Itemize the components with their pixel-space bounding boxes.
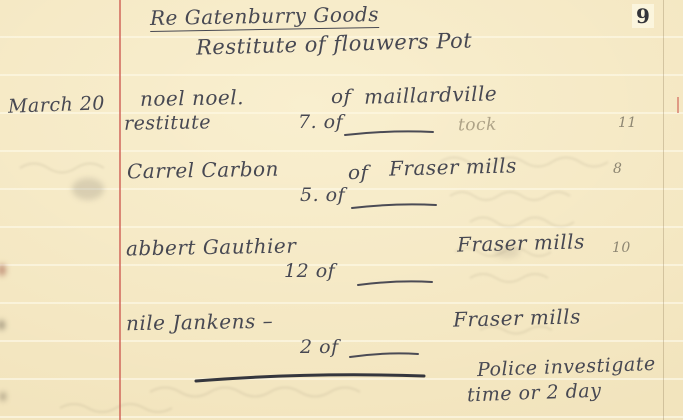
entry-ref: 8 [613, 161, 622, 177]
footer-note-line2: time or 2 day [467, 380, 602, 407]
edge-speck [0, 264, 6, 276]
pencil-smudge [494, 246, 520, 258]
entry-sub-label: restitute [124, 111, 211, 135]
red-margin-line [119, 0, 121, 420]
entry-place: Fraser mills [389, 153, 517, 180]
footer-note-line1: Police investigate [477, 353, 656, 381]
entry-amount: 5. of [300, 184, 345, 206]
red-edge-tick [677, 97, 679, 113]
ink-smudge [72, 178, 104, 200]
right-edge-line [663, 0, 664, 420]
entry-name: abbert Gauthier [126, 234, 297, 261]
entry-ref: 10 [612, 240, 631, 256]
edge-speck [0, 320, 5, 330]
case-subtitle: Restitute of flouwers Pot [196, 28, 473, 59]
ledger-page: 9 Re Gatenburry Goods Restitute of flouw… [0, 0, 683, 420]
entry-name: Carrel Carbon [127, 157, 279, 184]
entry-name: noel noel. [140, 85, 244, 111]
entry-date: March 20 [8, 92, 106, 117]
edge-speck [0, 392, 6, 401]
case-title: Re Gatenburry Goods [150, 2, 379, 32]
entry-place: maillardville [364, 81, 498, 108]
page-number: 9 [632, 4, 654, 28]
closing-rule-stroke [196, 375, 424, 381]
entry-place: Fraser mills [453, 304, 581, 331]
entry-name: nile Jankens – [126, 309, 274, 336]
faint-note: tock [458, 115, 497, 136]
entry-amount: 12 of [284, 260, 335, 282]
entry-amount: 7. of [298, 111, 343, 133]
entry-amount: 2 of [300, 336, 339, 358]
entry-place: Fraser mills [457, 229, 585, 256]
entry-ref: 11 [618, 115, 637, 131]
entry-conj: of [348, 160, 368, 184]
entry-conj: of [331, 84, 351, 108]
